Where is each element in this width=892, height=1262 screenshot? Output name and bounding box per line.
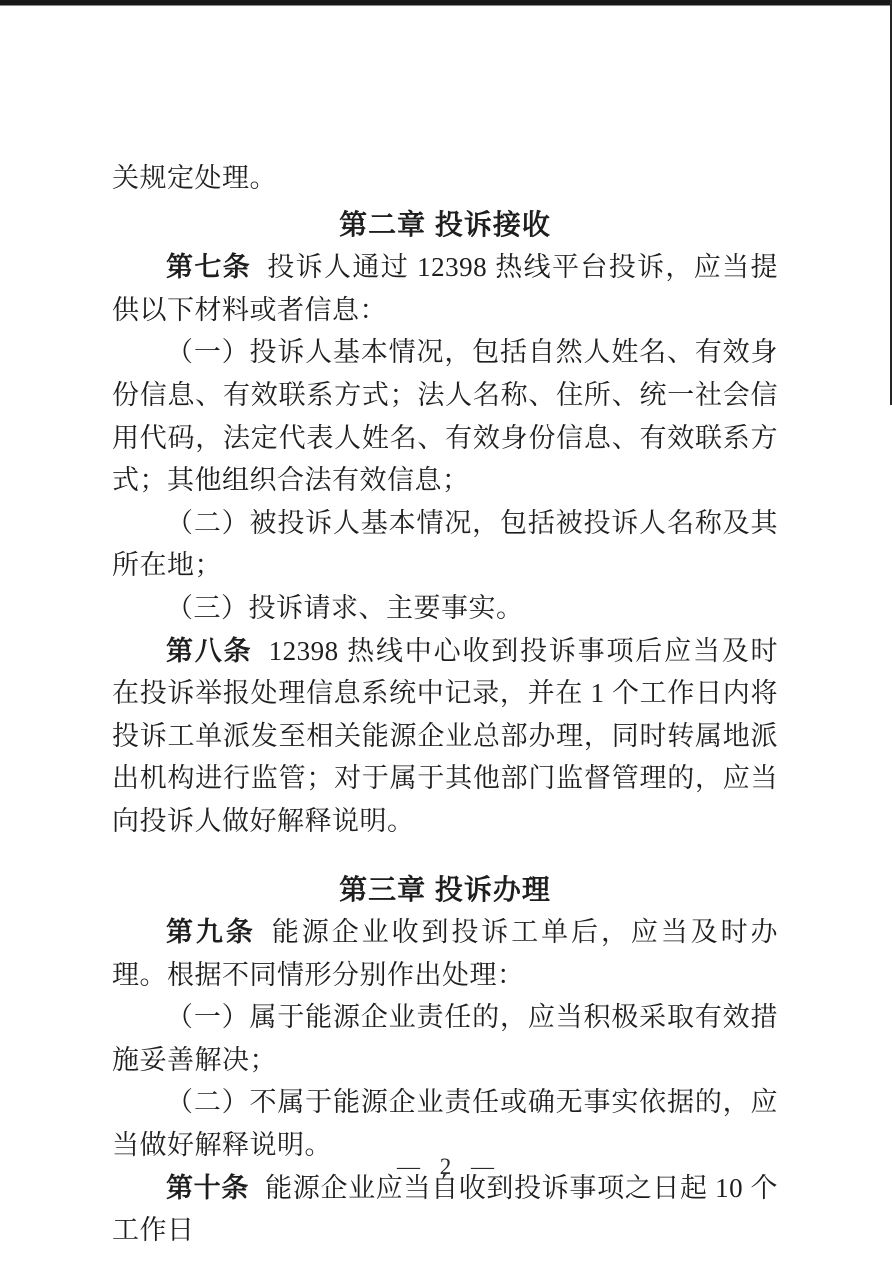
article-7-label: 第七条 [166, 252, 251, 282]
scan-artifact-top-edge [0, 0, 892, 6]
article-7-item-1: （一）投诉人基本情况，包括自然人姓名、有效身份信息、有效联系方式；法人名称、住所… [112, 331, 778, 501]
article-7-paragraph: 第七条投诉人通过 12398 热线平台投诉，应当提供以下材料或者信息： [112, 246, 778, 331]
article-9-item-1: （一）属于能源企业责任的，应当积极采取有效措施妥善解决； [112, 996, 778, 1081]
scanned-document-screenshot: { "colors": { "page_bg": "#ffffff", "tex… [0, 0, 892, 1262]
page-footer: — 2 — [0, 1154, 892, 1180]
document-page: 关规定处理。 第二章 投诉接收 第七条投诉人通过 12398 热线平台投诉，应当… [112, 157, 778, 1252]
article-9-label: 第九条 [166, 917, 256, 947]
article-9-paragraph: 第九条能源企业收到投诉工单后，应当及时办理。根据不同情形分别作出处理： [112, 911, 778, 996]
chapter-3-heading: 第三章 投诉办理 [112, 869, 778, 912]
paragraph-continuation: 关规定处理。 [112, 157, 778, 200]
article-7-item-2: （二）被投诉人基本情况，包括被投诉人名称及其所在地； [112, 502, 778, 587]
chapter-2-heading: 第二章 投诉接收 [112, 204, 778, 247]
article-7-item-3: （三）投诉请求、主要事实。 [112, 587, 778, 630]
article-8-label: 第八条 [166, 636, 252, 666]
article-8-paragraph: 第八条12398 热线中心收到投诉事项后应当及时在投诉举报处理信息系统中记录，并… [112, 630, 778, 843]
page-number-label: — 2 — [397, 1154, 495, 1179]
